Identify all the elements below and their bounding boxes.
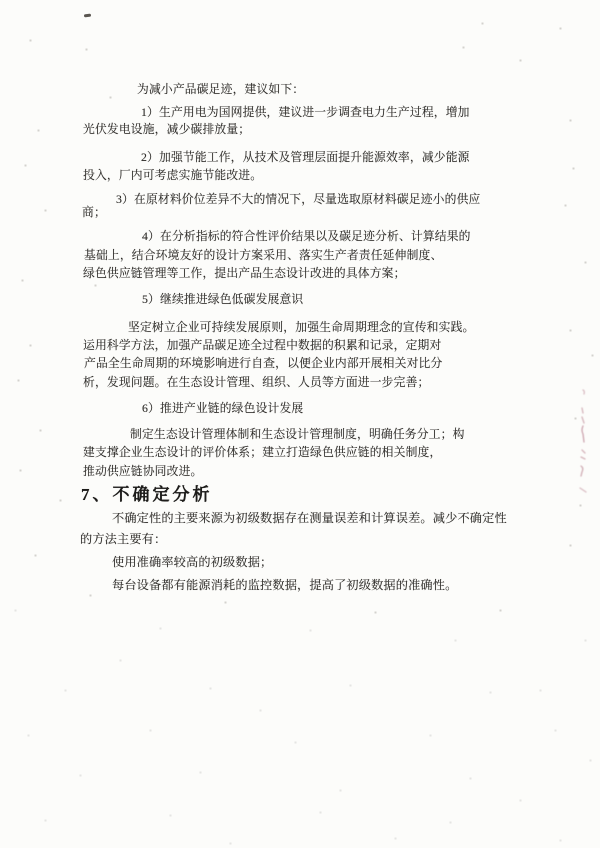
text-line: 析，发现问题。在生态设计管理、组织、人员等方面进一步完善； bbox=[83, 375, 429, 389]
text-line-item-4: 4）在分析指标的符合性评价结果以及碳足迹分析、计算结果的 bbox=[142, 229, 471, 243]
text-line: 商； bbox=[82, 205, 106, 219]
bleed-through-marks bbox=[576, 382, 592, 498]
text-line: 坚定树立企业可持续发展原则，加强生命周期理念的宣传和实践。 bbox=[128, 320, 474, 334]
text-line: 投入，厂内可考虑实施节能改进。 bbox=[83, 168, 262, 182]
text-line: 建支撑企业生态设计的评价体系；建立打造绿色供应链的相关制度， bbox=[83, 445, 441, 459]
text-line: 为减小产品碳足迹，建议如下： bbox=[137, 82, 304, 96]
text-line-item-2: 2）加强节能工作，从技术及管理层面提升能源效率，减少能源 bbox=[141, 150, 470, 164]
text-line-item-3: 3）在原材料价位差异不大的情况下，尽量选取原材料碳足迹小的供应 bbox=[116, 192, 480, 206]
text-line: 的方法主要有： bbox=[80, 532, 166, 546]
text-line: 产品全生命周期的环境影响进行自查，以便企业内部开展相关对比分 bbox=[84, 356, 442, 370]
text-line-item-6: 6）推进产业链的绿色设计发展 bbox=[142, 401, 303, 415]
text-line: 光伏发电设施，减少碳排放量； bbox=[83, 122, 250, 136]
ink-speck bbox=[84, 14, 91, 18]
text-line: 每台设备都有能源消耗的监控数据，提高了初级数据的准确性。 bbox=[112, 578, 457, 592]
text-line: 基础上，结合环境友好的设计方案采用、落实生产者责任延伸制度、 bbox=[84, 248, 442, 262]
text-line: 不确定性的主要来源为初级数据存在测量误差和计算误差。减少不确定性 bbox=[112, 511, 507, 525]
text-line: 绿色供应链管理等工作，提出产品生态设计改进的具体方案； bbox=[83, 266, 406, 280]
text-line: 推动供应链协同改进。 bbox=[83, 464, 202, 478]
text-line: 制定生态设计管理体制和生态设计管理制度，明确任务分工；构 bbox=[130, 427, 465, 441]
scan-noise-dots bbox=[0, 0, 1, 1]
text-line-item-1: 1）生产用电为国网提供，建议进一步调查电力生产过程，增加 bbox=[141, 105, 470, 119]
scanned-document-page: 为减小产品碳足迹，建议如下： 1）生产用电为国网提供，建议进一步调查电力生产过程… bbox=[0, 0, 600, 848]
text-line-item-5: 5）继续推进绿色低碳发展意识 bbox=[142, 292, 303, 306]
text-line: 运用科学方法，加强产品碳足迹全过程中数据的积累和记录，定期对 bbox=[83, 338, 441, 352]
section-heading-uncertainty-analysis: 7、不确定分析 bbox=[81, 480, 213, 505]
text-line: 使用准确率较高的初级数据； bbox=[112, 555, 272, 569]
